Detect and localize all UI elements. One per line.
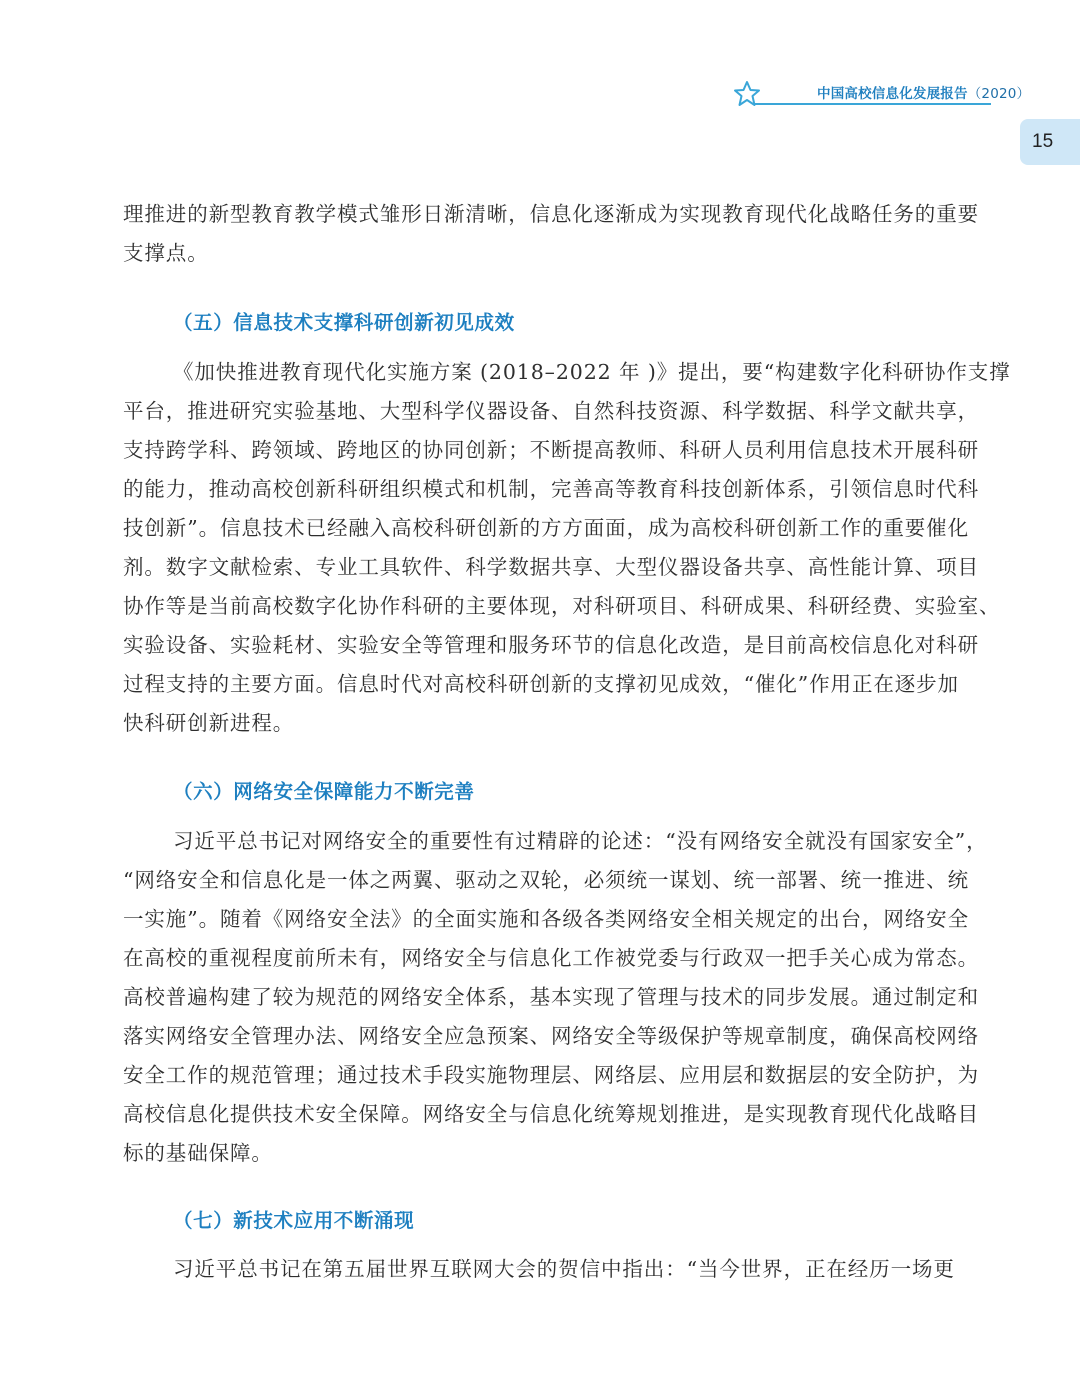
paragraph-line: 过程支持的主要方面。信息时代对高校科研创新的支撑初见成效，“催化”作用正在逐步加 <box>123 670 959 698</box>
paragraph-line: 支持跨学科、跨领域、跨地区的协同创新；不断提高教师、科研人员利用信息技术开展科研 <box>123 436 979 464</box>
running-header: 中国高校信息化发展报告（2020） <box>733 78 1033 112</box>
paragraph-line: 理推进的新型教育教学模式雏形日渐清晰，信息化逐渐成为实现教育现代化战略任务的重要 <box>123 200 979 228</box>
paragraph-line: 一实施”。随着《网络安全法》的全面实施和各级各类网络安全相关规定的出台，网络安全 <box>123 905 969 933</box>
paragraph-line: 习近平总书记在第五届世界互联网大会的贺信中指出：“当今世界，正在经历一场更 <box>173 1255 955 1283</box>
paragraph-line: 落实网络安全管理办法、网络安全应急预案、网络安全等级保护等规章制度，确保高校网络 <box>123 1022 979 1050</box>
page-number: 15 <box>1032 131 1053 153</box>
paragraph-line: 平台，推进研究实验基地、大型科学仪器设备、自然科技资源、科学数据、科学文献共享， <box>123 397 979 425</box>
page-number-tab: 15 <box>1020 119 1080 165</box>
paragraph-line: 剂。数字文献检索、专业工具软件、科学数据共享、大型仪器设备共享、高性能计算、项目 <box>123 553 979 581</box>
paragraph-line: 标的基础保障。 <box>123 1139 273 1167</box>
section-heading-7: （七）新技术应用不断涌现 <box>173 1205 414 1233</box>
paragraph-line: “网络安全和信息化是一体之两翼、驱动之双轮，必须统一谋划、统一部署、统一推进、统 <box>123 866 969 894</box>
paragraph-line: 《加快推进教育现代化实施方案 (2018–2022 年 )》提出，要“构建数字化… <box>173 358 1011 386</box>
paragraph-line: 安全工作的规范管理；通过技术手段实施物理层、网络层、应用层和数据层的安全防护，为 <box>123 1061 979 1089</box>
paragraph-line: 高校信息化提供技术安全保障。网络安全与信息化统筹规划推进，是实现教育现代化战略目 <box>123 1100 979 1128</box>
paragraph-line: 习近平总书记对网络安全的重要性有过精辟的论述：“没有网络安全就没有国家安全”， <box>173 827 988 855</box>
paragraph-line: 高校普遍构建了较为规范的网络安全体系，基本实现了管理与技术的同步发展。通过制定和 <box>123 983 979 1011</box>
section-heading-6: （六）网络安全保障能力不断完善 <box>173 776 475 804</box>
paragraph-line: 快科研创新进程。 <box>123 709 294 737</box>
paragraph-line: 协作等是当前高校数字化协作科研的主要体现，对科研项目、科研成果、科研经费、实验室… <box>123 592 1000 620</box>
paragraph-line: 支撑点。 <box>123 239 209 267</box>
report-title: 中国高校信息化发展报告（2020） <box>817 82 1030 102</box>
header-underline <box>755 103 991 105</box>
report-year: （2020） <box>968 86 1031 102</box>
section-heading-5: （五）信息技术支撑科研创新初见成效 <box>173 307 515 335</box>
paragraph-line: 在高校的重视程度前所未有，网络安全与信息化工作被党委与行政双一把手关心成为常态。 <box>123 944 979 972</box>
report-title-text: 中国高校信息化发展报告 <box>817 86 968 102</box>
paragraph-line: 的能力，推动高校创新科研组织模式和机制，完善高等教育科技创新体系，引领信息时代科 <box>123 475 979 503</box>
paragraph-line: 技创新”。信息技术已经融入高校科研创新的方方面面，成为高校科研创新工作的重要催化 <box>123 514 969 542</box>
paragraph-line: 实验设备、实验耗材、实验安全等管理和服务环节的信息化改造，是目前高校信息化对科研 <box>123 631 979 659</box>
